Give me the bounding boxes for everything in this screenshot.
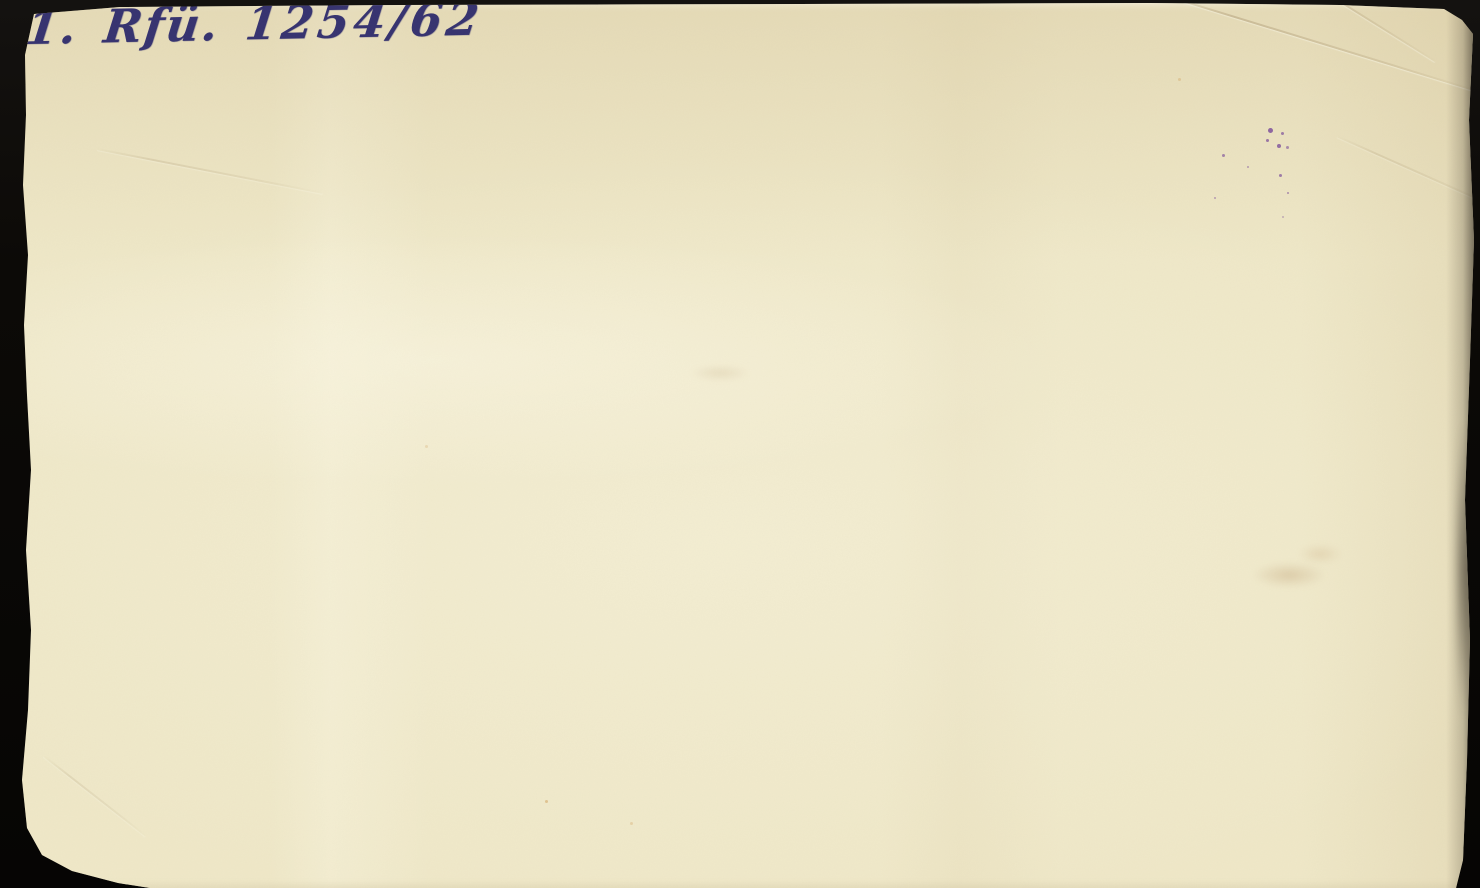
paper-grain-texture [0,0,1480,888]
note-abbreviation: Rfü. [100,0,223,59]
paper-crease [43,755,147,837]
card-right-edge-shadow [1454,420,1476,720]
paper-fleck [630,822,633,825]
paper-stain [1252,562,1326,588]
note-item-number: 1. [22,0,82,60]
paper-fleck [545,800,548,803]
index-card: 1. Rfü. 1254/62 [0,0,1480,888]
paper-stain [690,365,750,381]
paper-crease [97,148,323,194]
scanner-background: 1. Rfü. 1254/62 [0,0,1480,888]
paper-fleck [425,445,428,448]
paper-fleck [1178,78,1181,81]
handwritten-reference-number: 1. Rfü. 1254/62 [22,0,486,60]
paper-stain [1298,544,1342,564]
note-file-number: 1254/62 [242,0,486,56]
card-corner-shadow [1420,0,1480,120]
